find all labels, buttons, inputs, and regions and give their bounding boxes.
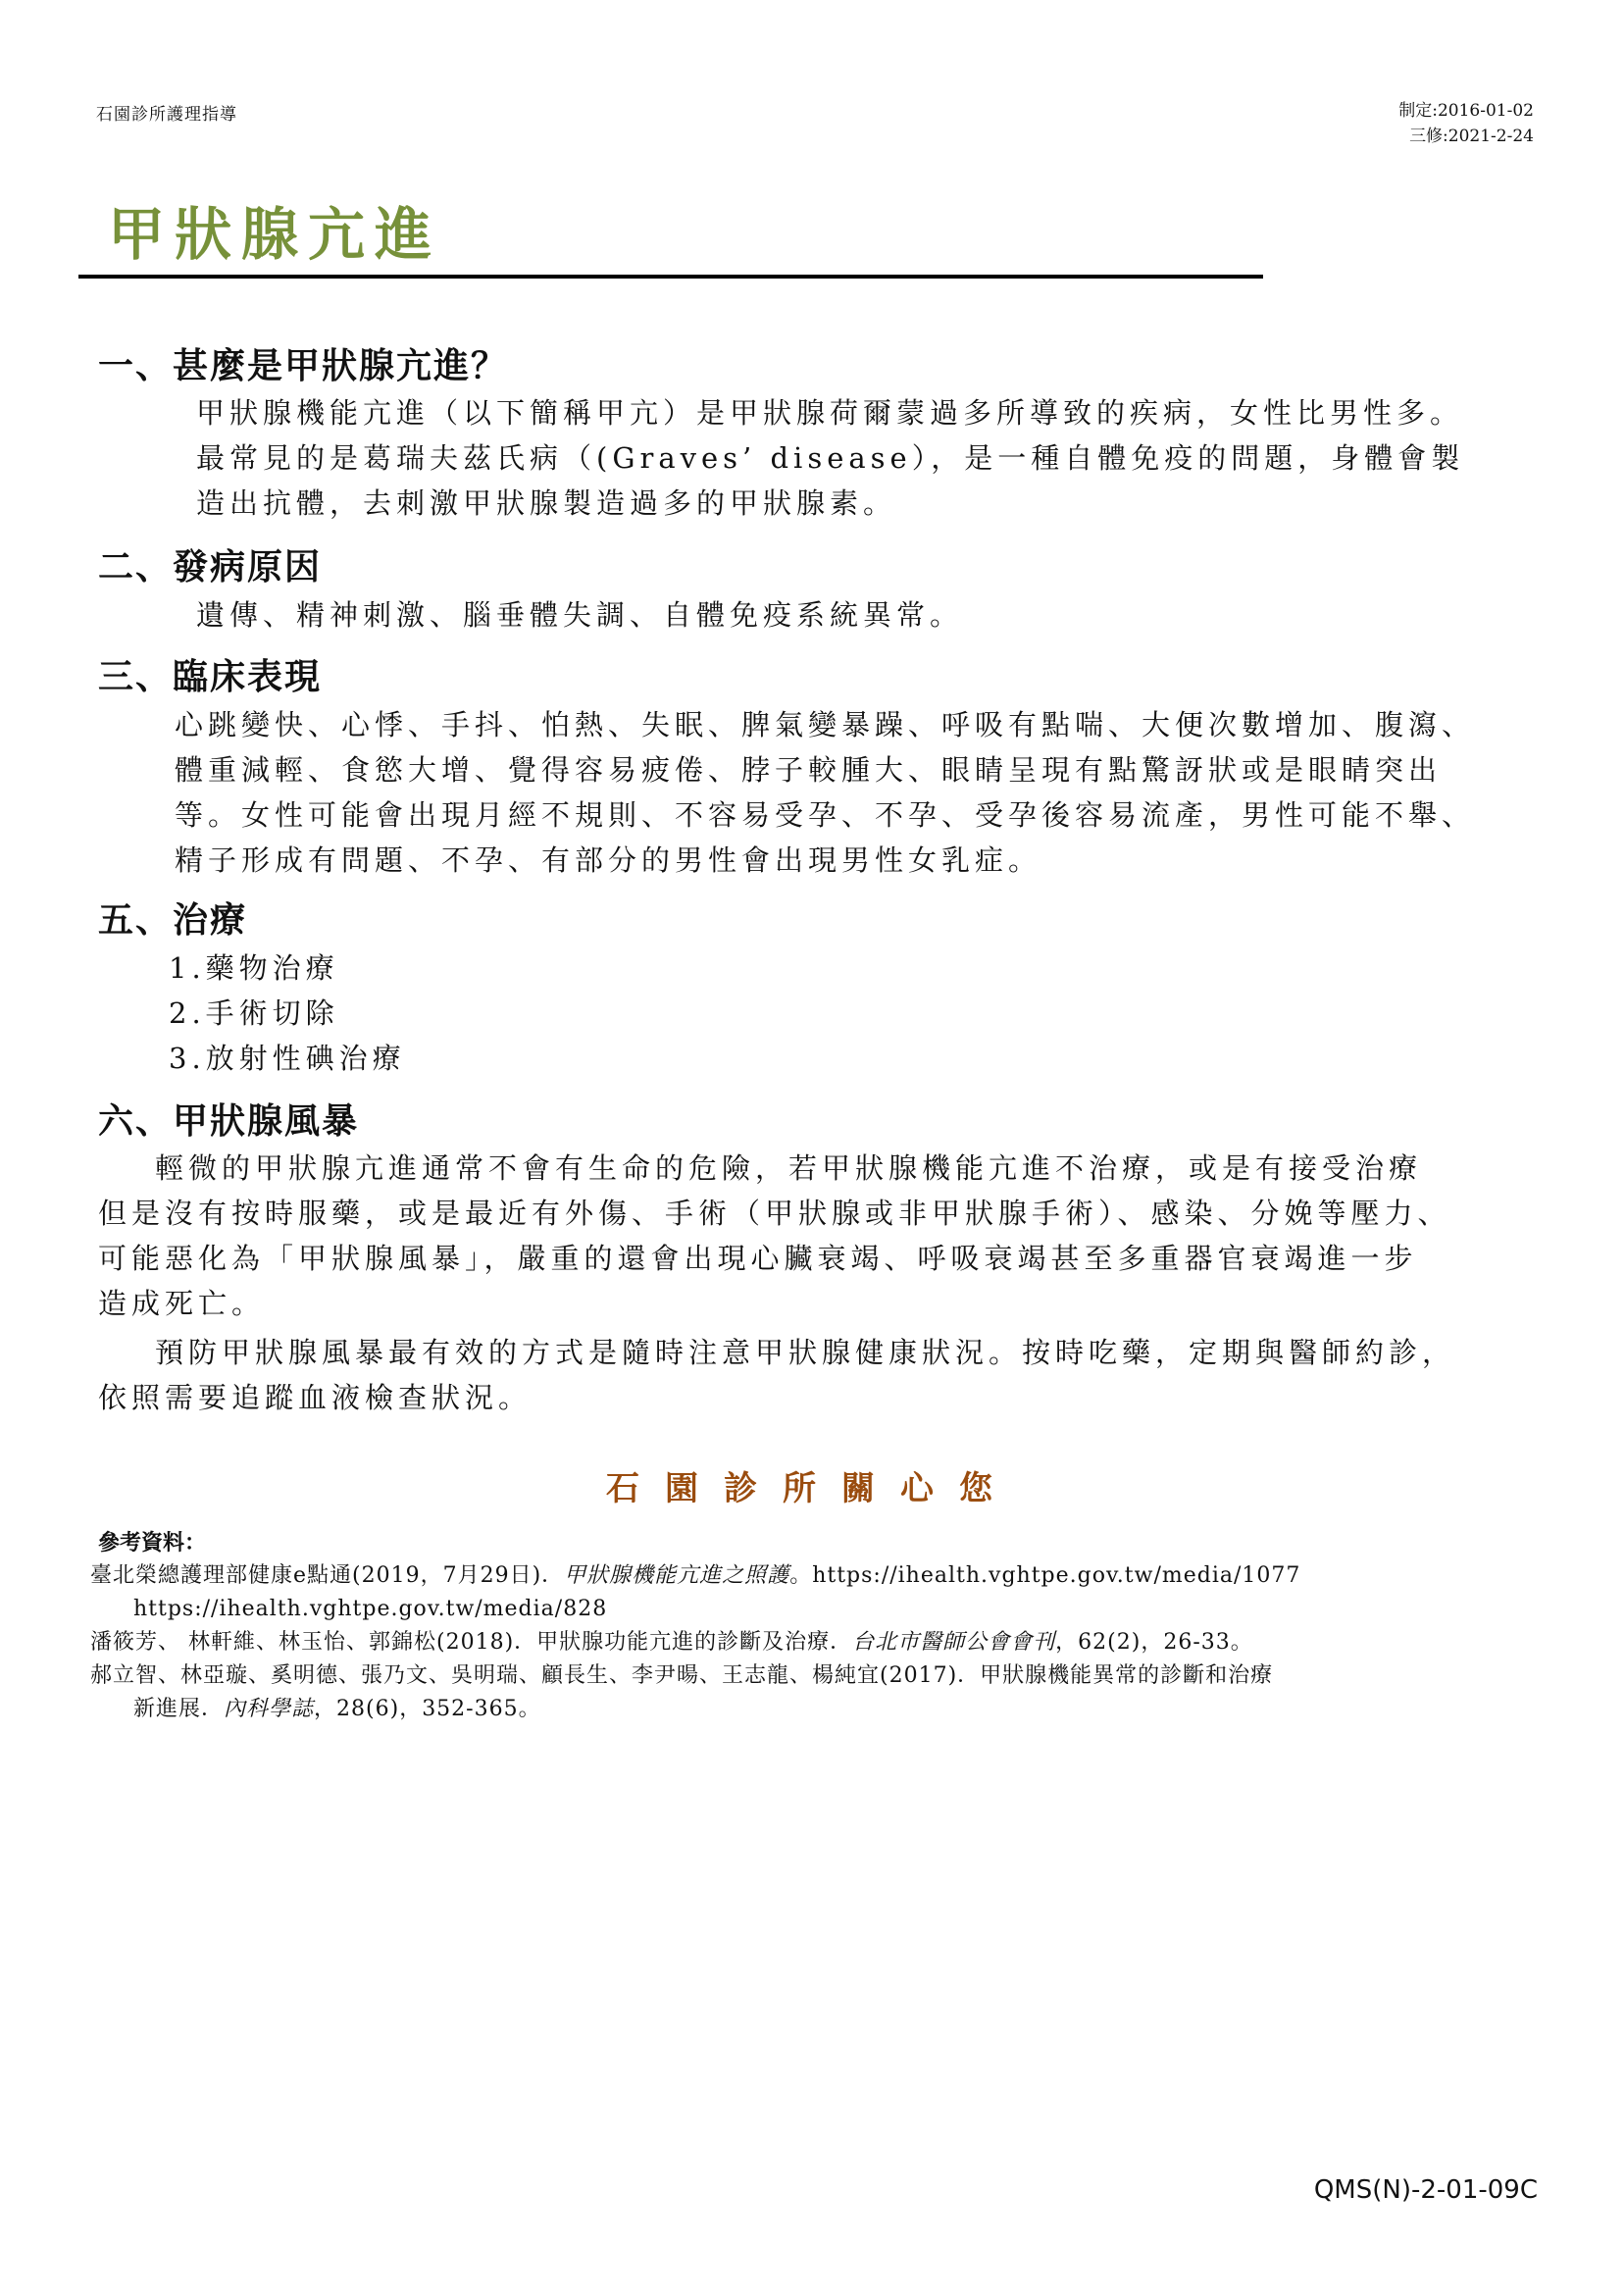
reference-text: ，62(2)，26-33。 (1055, 1630, 1253, 1655)
list-item: 1.藥物治療 (169, 945, 406, 991)
list-item: 3.放射性碘治療 (169, 1036, 406, 1081)
document-code: QMS(N)-2-01-09C (1314, 2175, 1538, 2205)
list-item: 2.手術切除 (169, 991, 406, 1036)
section-heading-2: 二、發病原因 (98, 539, 322, 589)
revision-info: 制定:2016-01-02 三修:2021-2-24 (1398, 98, 1534, 149)
paragraph-line: 可能惡化為「甲狀腺風暴」，嚴重的還會出現心臟衰竭、呼吸衰竭甚至多重器官衰竭進一步 (98, 1236, 1455, 1281)
reference-2: 潘筱芳、 林軒維、林玉怡、郭錦松(2018)．甲狀腺功能亢進的診斷及治療．台北市… (90, 1626, 1253, 1659)
paragraph-line: 體重減輕、食慾大增、覺得容易疲倦、脖子較腫大、眼睛呈現有點驚訝狀或是眼睛突出 (175, 747, 1475, 792)
reference-link[interactable]: 。https://ihealth.vghtpe.gov.tw/media/107… (789, 1563, 1300, 1588)
section-3-body: 心跳變快、心悸、手抖、怕熱、失眠、脾氣變暴躁、呼吸有點喘、大便次數增加、腹瀉、 … (175, 702, 1475, 883)
paragraph-line: 預防甲狀腺風暴最有效的方式是隨時注意甲狀腺健康狀況。按時吃藥，定期與醫師約診， (98, 1330, 1455, 1375)
section-1-body: 甲狀腺機能亢進（以下簡稱甲亢）是甲狀腺荷爾蒙過多所導致的疾病，女性比男性多。 最… (196, 390, 1464, 526)
reference-3-cont: 新進展．內科學誌，28(6)，352-365。 (133, 1693, 541, 1726)
paragraph-line: 等。女性可能會出現月經不規則、不容易受孕、不孕、受孕後容易流產，男性可能不舉、 (175, 792, 1475, 838)
paragraph-line: 但是沒有按時服藥，或是最近有外傷、手術（甲狀腺或非甲狀腺手術）、感染、分娩等壓力… (98, 1191, 1455, 1236)
paragraph-line: 造出抗體，去刺激甲狀腺製造過多的甲狀腺素。 (196, 481, 1464, 526)
care-message: 石園診所關心您 (0, 1461, 1624, 1509)
paragraph-line: 甲狀腺機能亢進（以下簡稱甲亢）是甲狀腺荷爾蒙過多所導致的疾病，女性比男性多。 (196, 390, 1464, 435)
section-2-body: 遺傳、精神刺激、腦垂體失調、自體免疫系統異常。 (196, 592, 963, 638)
paragraph-line: 遺傳、精神刺激、腦垂體失調、自體免疫系統異常。 (196, 592, 963, 638)
section-heading-1: 一、甚麼是甲狀腺亢進？ (98, 338, 508, 388)
revised-date: 三修:2021-2-24 (1398, 124, 1534, 149)
reference-1-link[interactable]: https://ihealth.vghtpe.gov.tw/media/828 (133, 1593, 607, 1626)
reference-journal: 內科學誌 (224, 1697, 314, 1721)
reference-3: 郝立智、林亞璇、奚明德、張乃文、吳明瑞、顧長生、李尹暘、王志龍、楊純宜(2017… (90, 1659, 1273, 1693)
reference-text: ，28(6)，352-365。 (314, 1697, 541, 1721)
treatment-list: 1.藥物治療 2.手術切除 3.放射性碘治療 (169, 945, 406, 1081)
paragraph-line: 心跳變快、心悸、手抖、怕熱、失眠、脾氣變暴躁、呼吸有點喘、大便次數增加、腹瀉、 (175, 702, 1475, 747)
reference-title: 甲狀腺機能亢進之照護 (564, 1563, 789, 1588)
reference-text: 臺北榮總護理部健康e點通(2019，7月29日)． (90, 1563, 564, 1588)
section-heading-6: 六、甲狀腺風暴 (98, 1094, 359, 1144)
reference-text: 新進展． (133, 1697, 224, 1721)
references-title: 參考資料： (98, 1526, 206, 1556)
paragraph-line: 精子形成有問題、不孕、有部分的男性會出現男性女乳症。 (175, 838, 1475, 883)
section-heading-3: 三、臨床表現 (98, 649, 322, 699)
reference-journal: 台北市醫師公會會刊 (852, 1630, 1055, 1655)
created-date: 制定:2016-01-02 (1398, 98, 1534, 124)
paragraph-line: 輕微的甲狀腺亢進通常不會有生命的危險，若甲狀腺機能亢進不治療，或是有接受治療 (98, 1146, 1455, 1191)
reference-1: 臺北榮總護理部健康e點通(2019，7月29日)．甲狀腺機能亢進之照護。http… (90, 1559, 1300, 1593)
clinic-label: 石園診所護理指導 (96, 100, 237, 125)
section-6-body: 輕微的甲狀腺亢進通常不會有生命的危險，若甲狀腺機能亢進不治療，或是有接受治療 但… (98, 1146, 1455, 1420)
title-divider (78, 275, 1263, 279)
page-title: 甲狀腺亢進 (108, 188, 441, 271)
paragraph-line: 依照需要追蹤血液檢查狀況。 (98, 1375, 1455, 1420)
reference-text: 潘筱芳、 林軒維、林玉怡、郭錦松(2018)．甲狀腺功能亢進的診斷及治療． (90, 1630, 852, 1655)
paragraph-line: 最常見的是葛瑞夫茲氏病（(Graves’ disease），是一種自體免疫的問題… (196, 435, 1464, 481)
paragraph-line: 造成死亡。 (98, 1281, 1455, 1326)
section-heading-5: 五、治療 (98, 893, 247, 943)
